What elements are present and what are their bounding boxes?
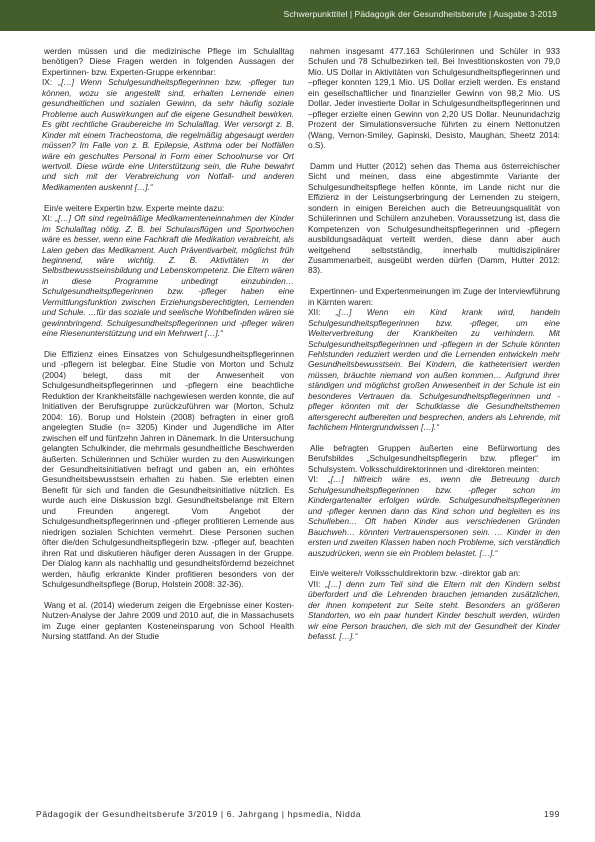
quote-text: „[…] hilfreich wäre es, wenn die Betreuu… — [308, 474, 560, 557]
right-column: nahmen insgesamt 477.163 Schülerinnen un… — [308, 46, 560, 642]
left-column: werden müssen und die medizinische Pfleg… — [42, 46, 294, 642]
page-number: 199 — [544, 809, 560, 819]
paragraph: werden müssen und die medizinische Pfleg… — [42, 46, 294, 77]
paragraph: Wang et al. (2014) wiederum zeigen die E… — [42, 600, 294, 642]
paragraph: Expertinnen- und Expertenmeinungen im Zu… — [308, 286, 560, 307]
running-header-title: Schwerpunkttitel | Pädagogik der Gesundh… — [284, 9, 557, 19]
quote-id: VI: — [308, 474, 318, 484]
expert-quote: XII: „[…] Wenn ein Kind krank wird, hand… — [308, 307, 560, 432]
paragraph: Ein/e weitere/r Volksschuldirektorin bzw… — [308, 568, 560, 578]
quote-text: „[…] Oft sind regelmäßige Medikamentenei… — [42, 213, 294, 338]
footer-separator: | — [221, 809, 224, 819]
expert-quote: IX: „[…] Wenn Schulgesundheitspflegerinn… — [42, 77, 294, 192]
quote-id: XI: — [42, 213, 52, 223]
quote-text: „[…] Wenn Schulgesundheitspflegerinnen b… — [42, 77, 294, 192]
quote-text: „[…] Wenn ein Kind krank wird, handeln S… — [308, 307, 560, 432]
footer-volume: 6. Jahrgang — [227, 809, 279, 819]
page-footer: Pädagogik der Gesundheitsberufe 3/2019 |… — [36, 809, 560, 819]
expert-quote: VI: „[…] hilfreich wäre es, wenn die Bet… — [308, 474, 560, 558]
footer-publisher: hpsmedia, Nidda — [288, 809, 362, 819]
expert-quote: XI: „[…] Oft sind regelmäßige Medikament… — [42, 213, 294, 338]
expert-quote: VII: „[…] denn zum Teil sind die Eltern … — [308, 579, 560, 642]
quote-id: XII: — [308, 307, 320, 317]
quote-id: VII: — [308, 579, 320, 589]
quote-text: „[…] denn zum Teil sind die Eltern mit d… — [308, 579, 560, 641]
paragraph: Ein/e weitere Expertin bzw. Experte mein… — [42, 203, 294, 213]
paragraph: Damm und Hutter (2012) sehen das Thema a… — [308, 161, 560, 276]
quote-id: IX: — [42, 77, 52, 87]
paragraph: Alle befragten Gruppen äußerten eine Bef… — [308, 443, 560, 474]
footer-citation: Pädagogik der Gesundheitsberufe 3/2019 |… — [36, 809, 361, 819]
footer-journal: Pädagogik der Gesundheitsberufe 3/2019 — [36, 809, 218, 819]
footer-separator: | — [282, 809, 285, 819]
header-bar: Schwerpunkttitel | Pädagogik der Gesundh… — [0, 0, 595, 31]
paragraph: nahmen insgesamt 477.163 Schülerinnen un… — [308, 46, 560, 151]
paragraph: Die Effizienz eines Einsatzes von Schulg… — [42, 349, 294, 589]
